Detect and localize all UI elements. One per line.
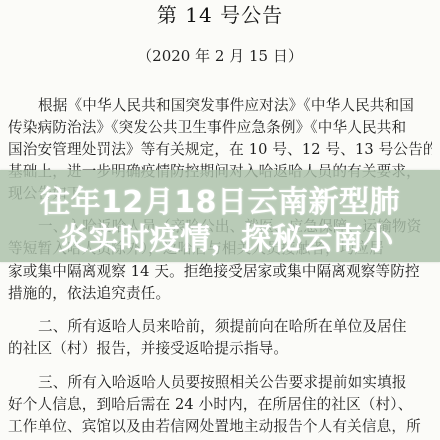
- body-text-line: 措施的，依法追究责任。: [8, 284, 432, 304]
- body-text-line: 传染病防治法》《突发公共卫生事件应急条例》《中华人民共和: [8, 118, 432, 138]
- body-text-line: 家或集中隔离观察 14 天。拒绝接受居家或集中隔离观察等防控: [8, 262, 432, 282]
- body-text-line: 国治安管理处罚法》等有关规定，在 10 号、12 号、13 号公告的: [8, 140, 432, 160]
- body-text-line: 二、所有返哈人员来哈前，须提前向在哈所在单位及居住: [8, 317, 432, 337]
- body-text-line: 根据《中华人民共和国突发事件应对法》《中华人民共和国: [8, 96, 432, 116]
- announcement-date: （2020 年 2 月 15 日）: [0, 46, 440, 66]
- bottom-fade: [0, 428, 440, 440]
- overlay-headline-line-1[interactable]: 往年12月18日云南新型肺: [0, 185, 440, 221]
- announcement-page: 第 14 号公告 （2020 年 2 月 15 日） 根据《中华人民共和国突发事…: [0, 0, 440, 440]
- body-text-line: 的社区（村）报告，并接受返哈提示指导。: [8, 339, 432, 359]
- announcement-title: 第 14 号公告: [0, 2, 440, 28]
- body-text-line: 三、所有入哈返哈人员要按照相关公告要求提前如实填报: [8, 373, 432, 393]
- body-text-line: 好个人信息，到哈后需在 24 小时内，在所居住的社区（村）、: [8, 395, 432, 415]
- overlay-headline-line-2[interactable]: 炎实时疫情，探秘云南小: [0, 222, 440, 258]
